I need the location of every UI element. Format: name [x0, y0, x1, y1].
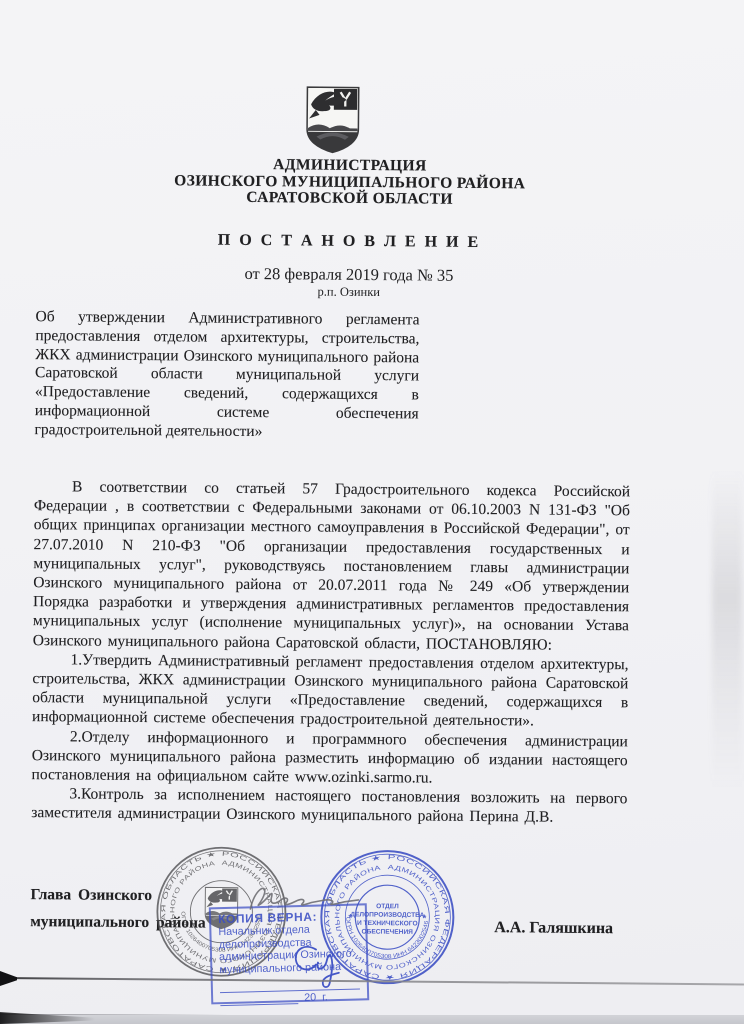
- seal-star-right: *: [422, 913, 426, 924]
- handwritten-signature-icon: [244, 877, 376, 920]
- subject-paragraph: Об утверждении Административного регламе…: [34, 308, 419, 443]
- scanned-document-page: АДМИНИСТРАЦИЯ ОЗИНСКОГО МУНИЦИПАЛЬНОГО Р…: [0, 0, 744, 1024]
- decree-item-1: 1.Утвердить Административный регламент п…: [32, 650, 629, 732]
- scanner-background-strip: [0, 1015, 744, 1024]
- copy-stamp-date-blank: [220, 992, 298, 1006]
- seal-center-line1: ОТДЕЛ: [376, 903, 399, 910]
- signer-name: А.А. Галяшкина: [494, 919, 613, 938]
- org-name-block: АДМИНИСТРАЦИЯ ОЗИНСКОГО МУНИЦИПАЛЬНОГО Р…: [30, 155, 670, 210]
- document-body: В соответствии со статьей 57 Градостроит…: [31, 477, 630, 828]
- coat-of-arms-icon: [304, 83, 362, 155]
- copy-stamp-year-prefix: 20: [304, 992, 316, 1004]
- seal-center-line4: ОБЕСПЕЧЕНИЯ: [361, 928, 413, 935]
- decree-item-3: 3.Контроль за исполнением настоящего пос…: [31, 784, 627, 828]
- document-content: АДМИНИСТРАЦИЯ ОЗИНСКОГО МУНИЦИПАЛЬНОГО Р…: [0, 0, 744, 1024]
- scan-smudge: [712, 470, 742, 790]
- document-type-title: П О С Т А Н О В Л Е Н И Е: [29, 230, 669, 254]
- decree-item-2: 2.Отделу информационного и программного …: [31, 727, 627, 790]
- preamble-paragraph: В соответствии со статьей 57 Градостроит…: [33, 477, 630, 655]
- handwritten-initial-icon: [282, 937, 354, 994]
